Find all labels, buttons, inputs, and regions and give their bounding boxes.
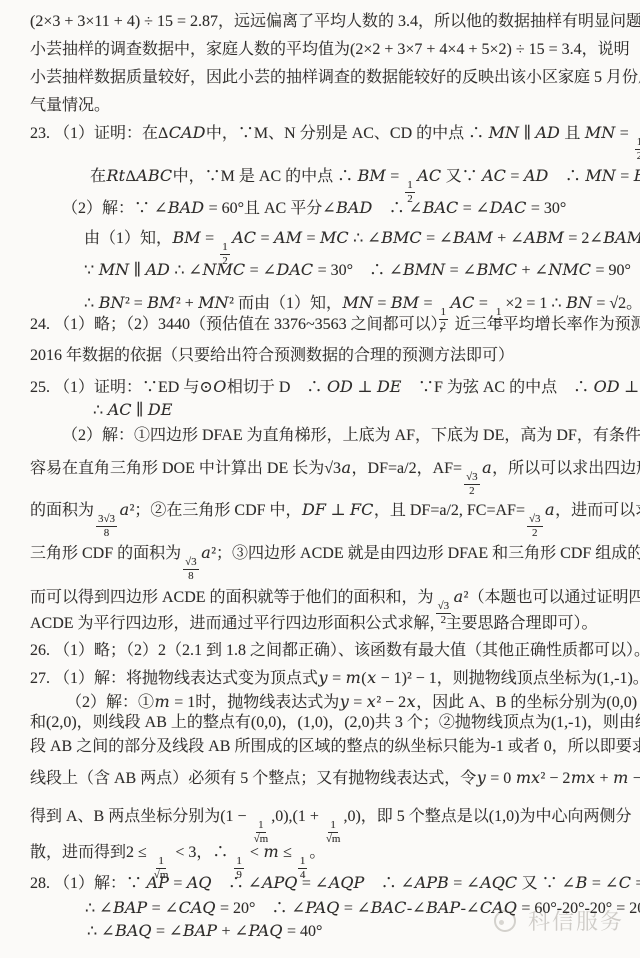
text-line: 的面积为3√38a²；②在三角形 CDF 中，DF ⊥ FC，且 DF=a/2,… (30, 499, 640, 539)
text-line: （2）解：①四边形 DFAE 为直角梯形，上底为 AF，下底为 DE，高为 DF… (62, 425, 640, 447)
text-line: 27. （1）解：将抛物线表达式变为顶点式y = m(x − 1)² − 1，则… (30, 667, 640, 690)
text-line: (2×3 + 3×11 + 4) ÷ 15 = 2.87，远远偏离了平均人数的 … (30, 11, 640, 33)
text-line: 小芸抽样的调查数据中，家庭人数的平均值为(2×2 + 3×7 + 4×4 + 5… (30, 39, 630, 61)
fraction: √38 (183, 556, 199, 582)
text-line: 线段上（含 AB 两点）必须有 5 个整点；又有抛物线表达式，令y = 0 mx… (30, 767, 640, 790)
text-line: （2）解：∵ ∠BAD = 60°且 AC 平分∠BAD ∴ ∠BAC = ∠D… (62, 197, 566, 220)
text-line: 小芸抽样数据质量较好，因此小芸的抽样调查的数据能较好的反映出该小区家庭 5 月份… (30, 67, 640, 89)
text-line: 容易在直角三角形 DOE 中计算出 DE 长为√3a，DF=a/2，AF=√32… (30, 457, 640, 497)
text-line: 得到 A、B 两点坐标分别为(1 − 1√m,0),(1 + 1√m,0)，即 … (30, 806, 631, 845)
text-line: ∴ ∠BAQ = ∠BAP + ∠PAQ = 40° (87, 920, 322, 943)
text-line: 段 AB 之间的部分及线段 AB 所围成的区域的整点的纵坐标只能为-1 或者 0… (30, 736, 640, 758)
text-line: 24. （1）略；（2）3440（预估值在 3376~3563 之间都可以），近… (30, 314, 640, 336)
text-line: 气量情况。 (30, 95, 110, 117)
text-line: ∵ MN ∥ AD ∴ ∠NMC = ∠DAC = 30° ∴ ∠BMN = ∠… (84, 259, 631, 282)
text-line: 23. （1）证明：在ΔCAD中，∵M、N 分别是 AC、CD 的中点 ∴ MN… (30, 122, 640, 162)
text-line: 2016 年数据的依据（只要给出符合预测数据的合理的预测方法即可） (30, 345, 514, 367)
scanned-answer-page: 科信服务 (2×3 + 3×11 + 4) ÷ 15 = 2.87，远远偏离了平… (0, 0, 640, 958)
text-line: （2）解：①m = 1时，抛物线表达式为y = x² − 2x，因此 A、B 的… (66, 691, 637, 714)
document-text-layer: (2×3 + 3×11 + 4) ÷ 15 = 2.87，远远偏离了平均人数的 … (0, 0, 640, 958)
text-line: 28. （1）解：∵ AP = AQ ∴ ∠APQ = ∠AQP ∴ ∠APB … (30, 872, 640, 895)
text-line: 25. （1）证明：∵ED 与⊙O相切于 D ∴ OD ⊥ DE ∵F 为弦 A… (30, 376, 640, 399)
text-line: ACDE 为平行四边形，进而通过平行四边形面积公式求解，主要思路合理即可）。 (30, 613, 598, 635)
fraction: 1√m (325, 819, 342, 845)
text-line: ∴ AC ∥ DE (93, 399, 173, 422)
text-line: 和(2,0)，则线段 AB 上的整点有(0,0)，(1,0)，(2,0)共 3 … (30, 712, 640, 734)
fraction: √32 (527, 513, 543, 539)
fraction: 3√38 (96, 513, 117, 539)
text-line: 26. （1）略；（2）2（2.1 到 1.8 之间都正确）、该函数有最大值（其… (30, 640, 640, 662)
text-line: ∴ ∠BAP = ∠CAQ = 20° ∴ ∠PAQ = ∠BAC-∠BAP-∠… (85, 897, 640, 920)
fraction: √32 (464, 471, 480, 497)
text-line: 三角形 CDF 的面积为√38a²；③四边形 ACDE 就是由四边形 DFAE … (30, 542, 640, 582)
fraction: 12 (635, 136, 640, 162)
